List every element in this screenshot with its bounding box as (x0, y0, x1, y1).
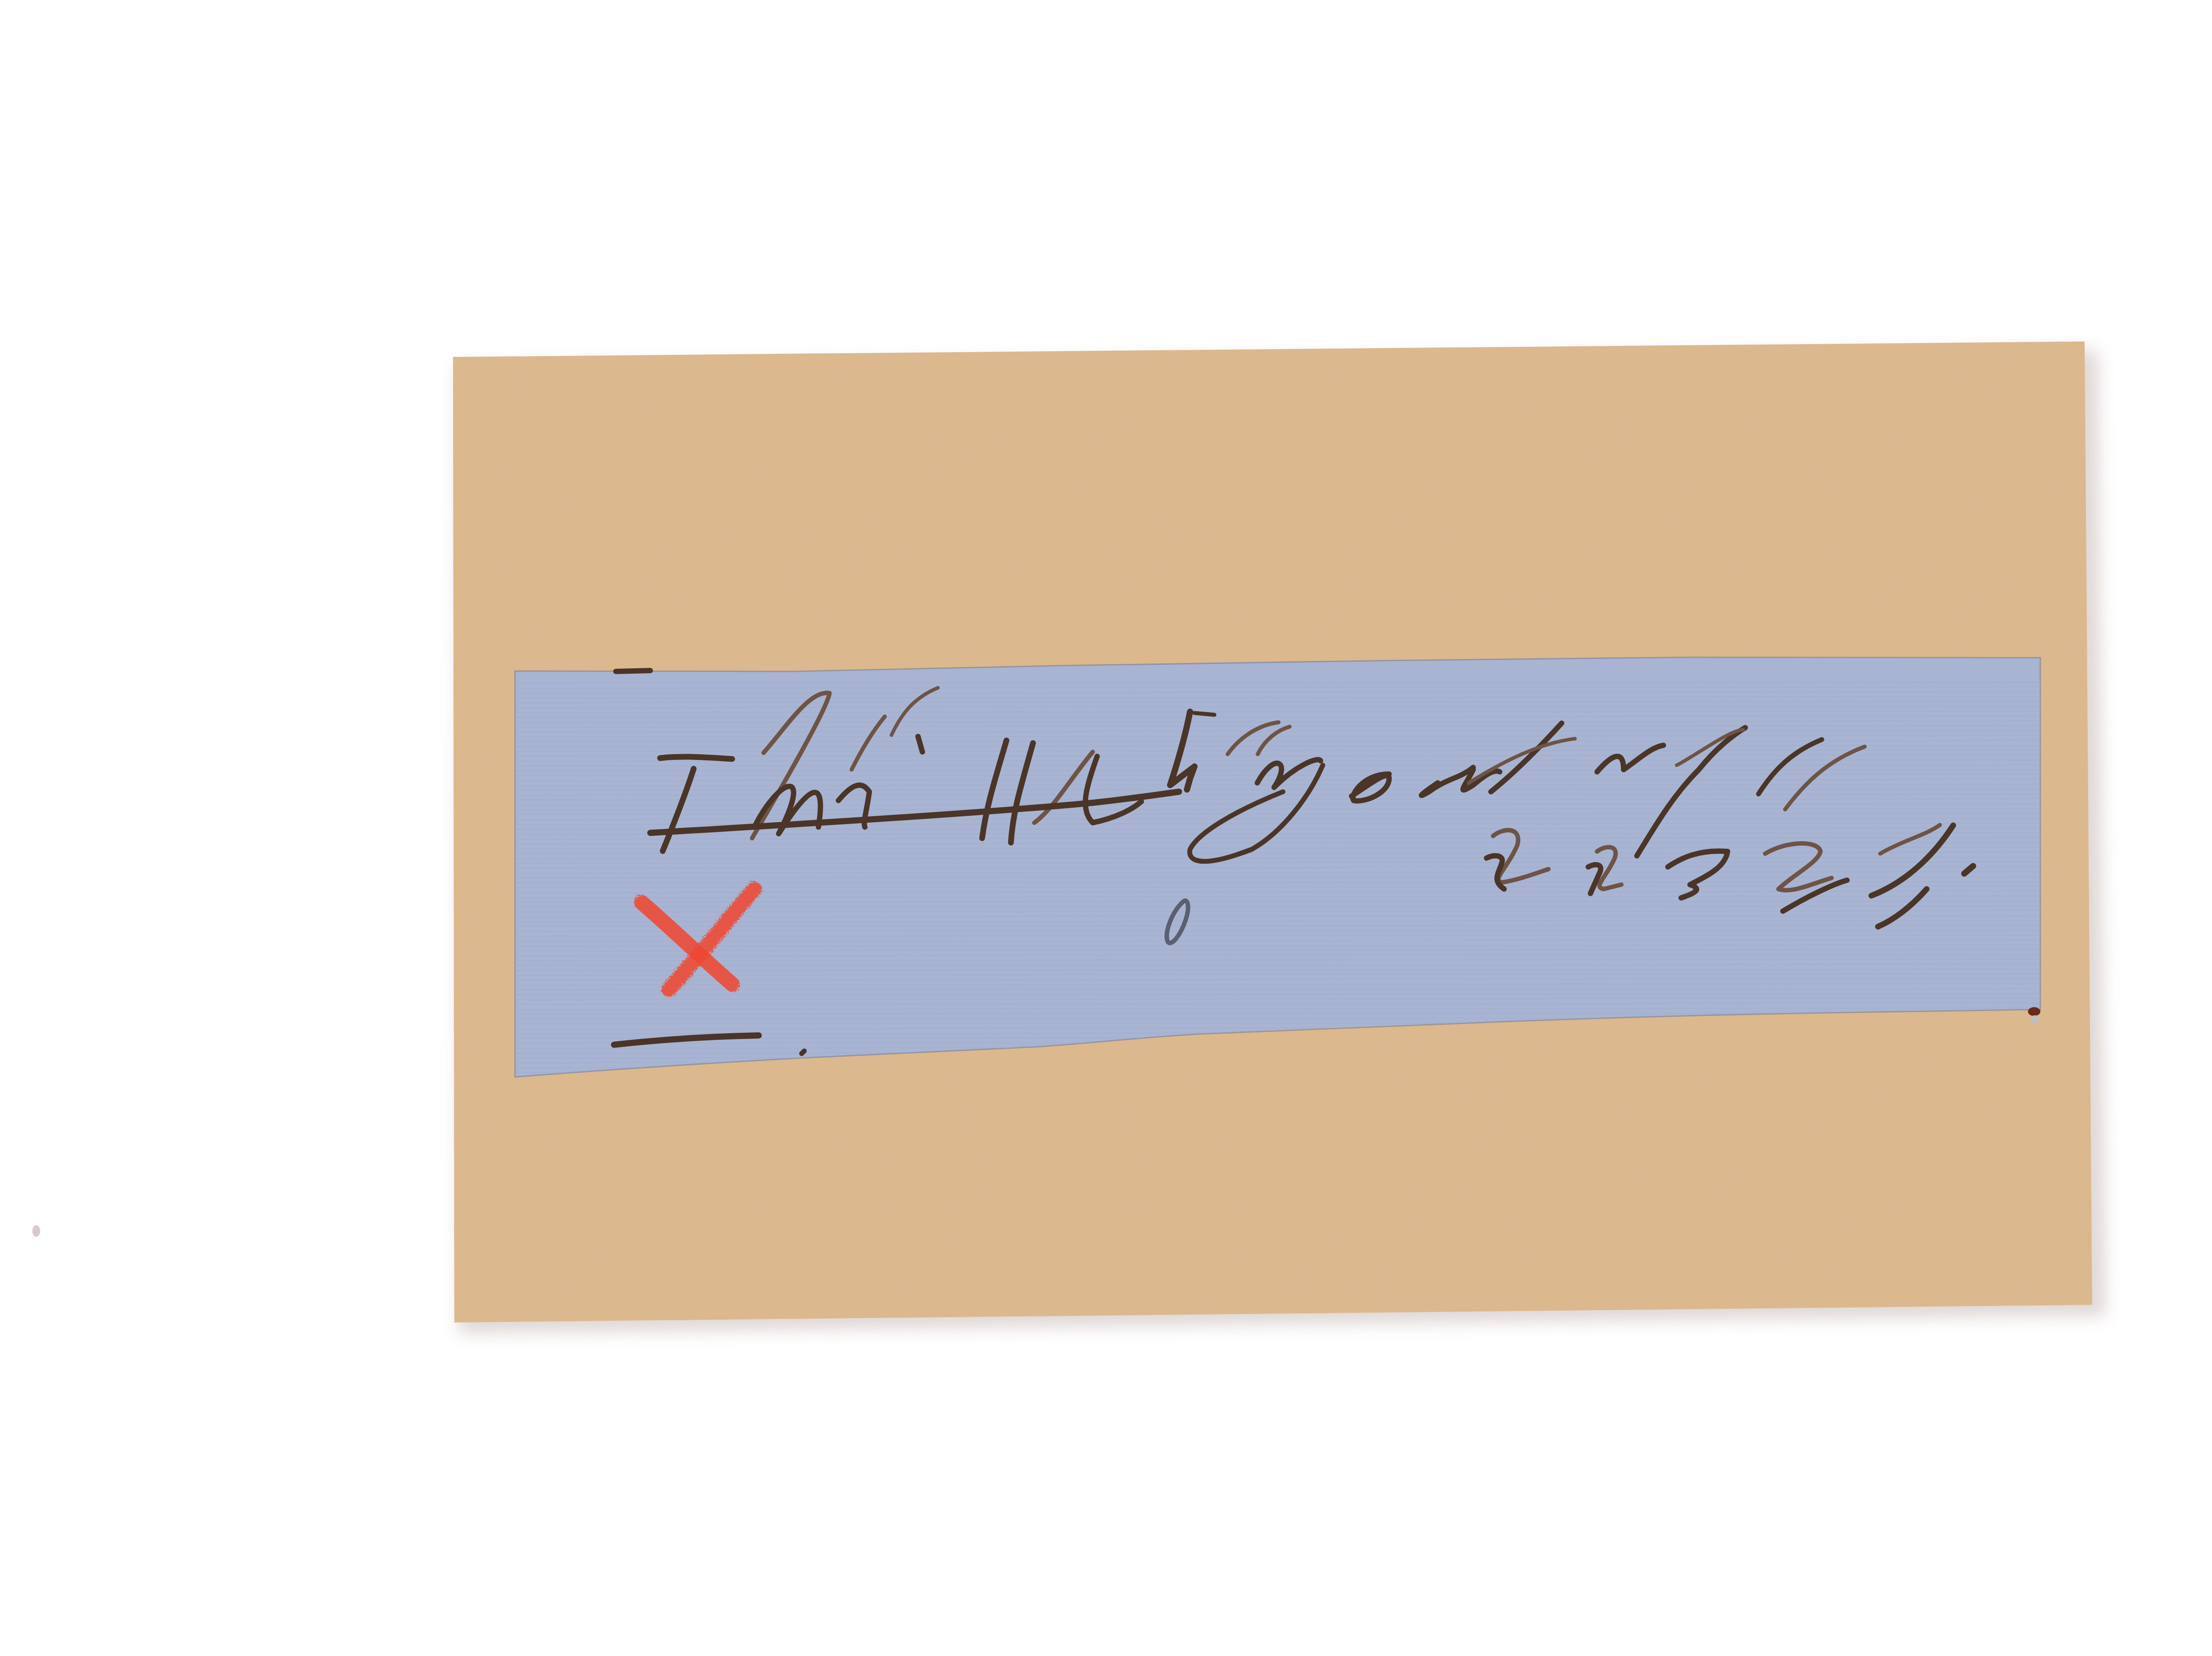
ink-fragment-top (616, 671, 650, 671)
abrasion-spot (2031, 1015, 2039, 1024)
dust-speck (32, 1225, 40, 1237)
document-photo (0, 0, 2212, 1656)
rust-spot (2028, 1007, 2040, 1016)
ink-tick-lower (802, 1051, 804, 1054)
